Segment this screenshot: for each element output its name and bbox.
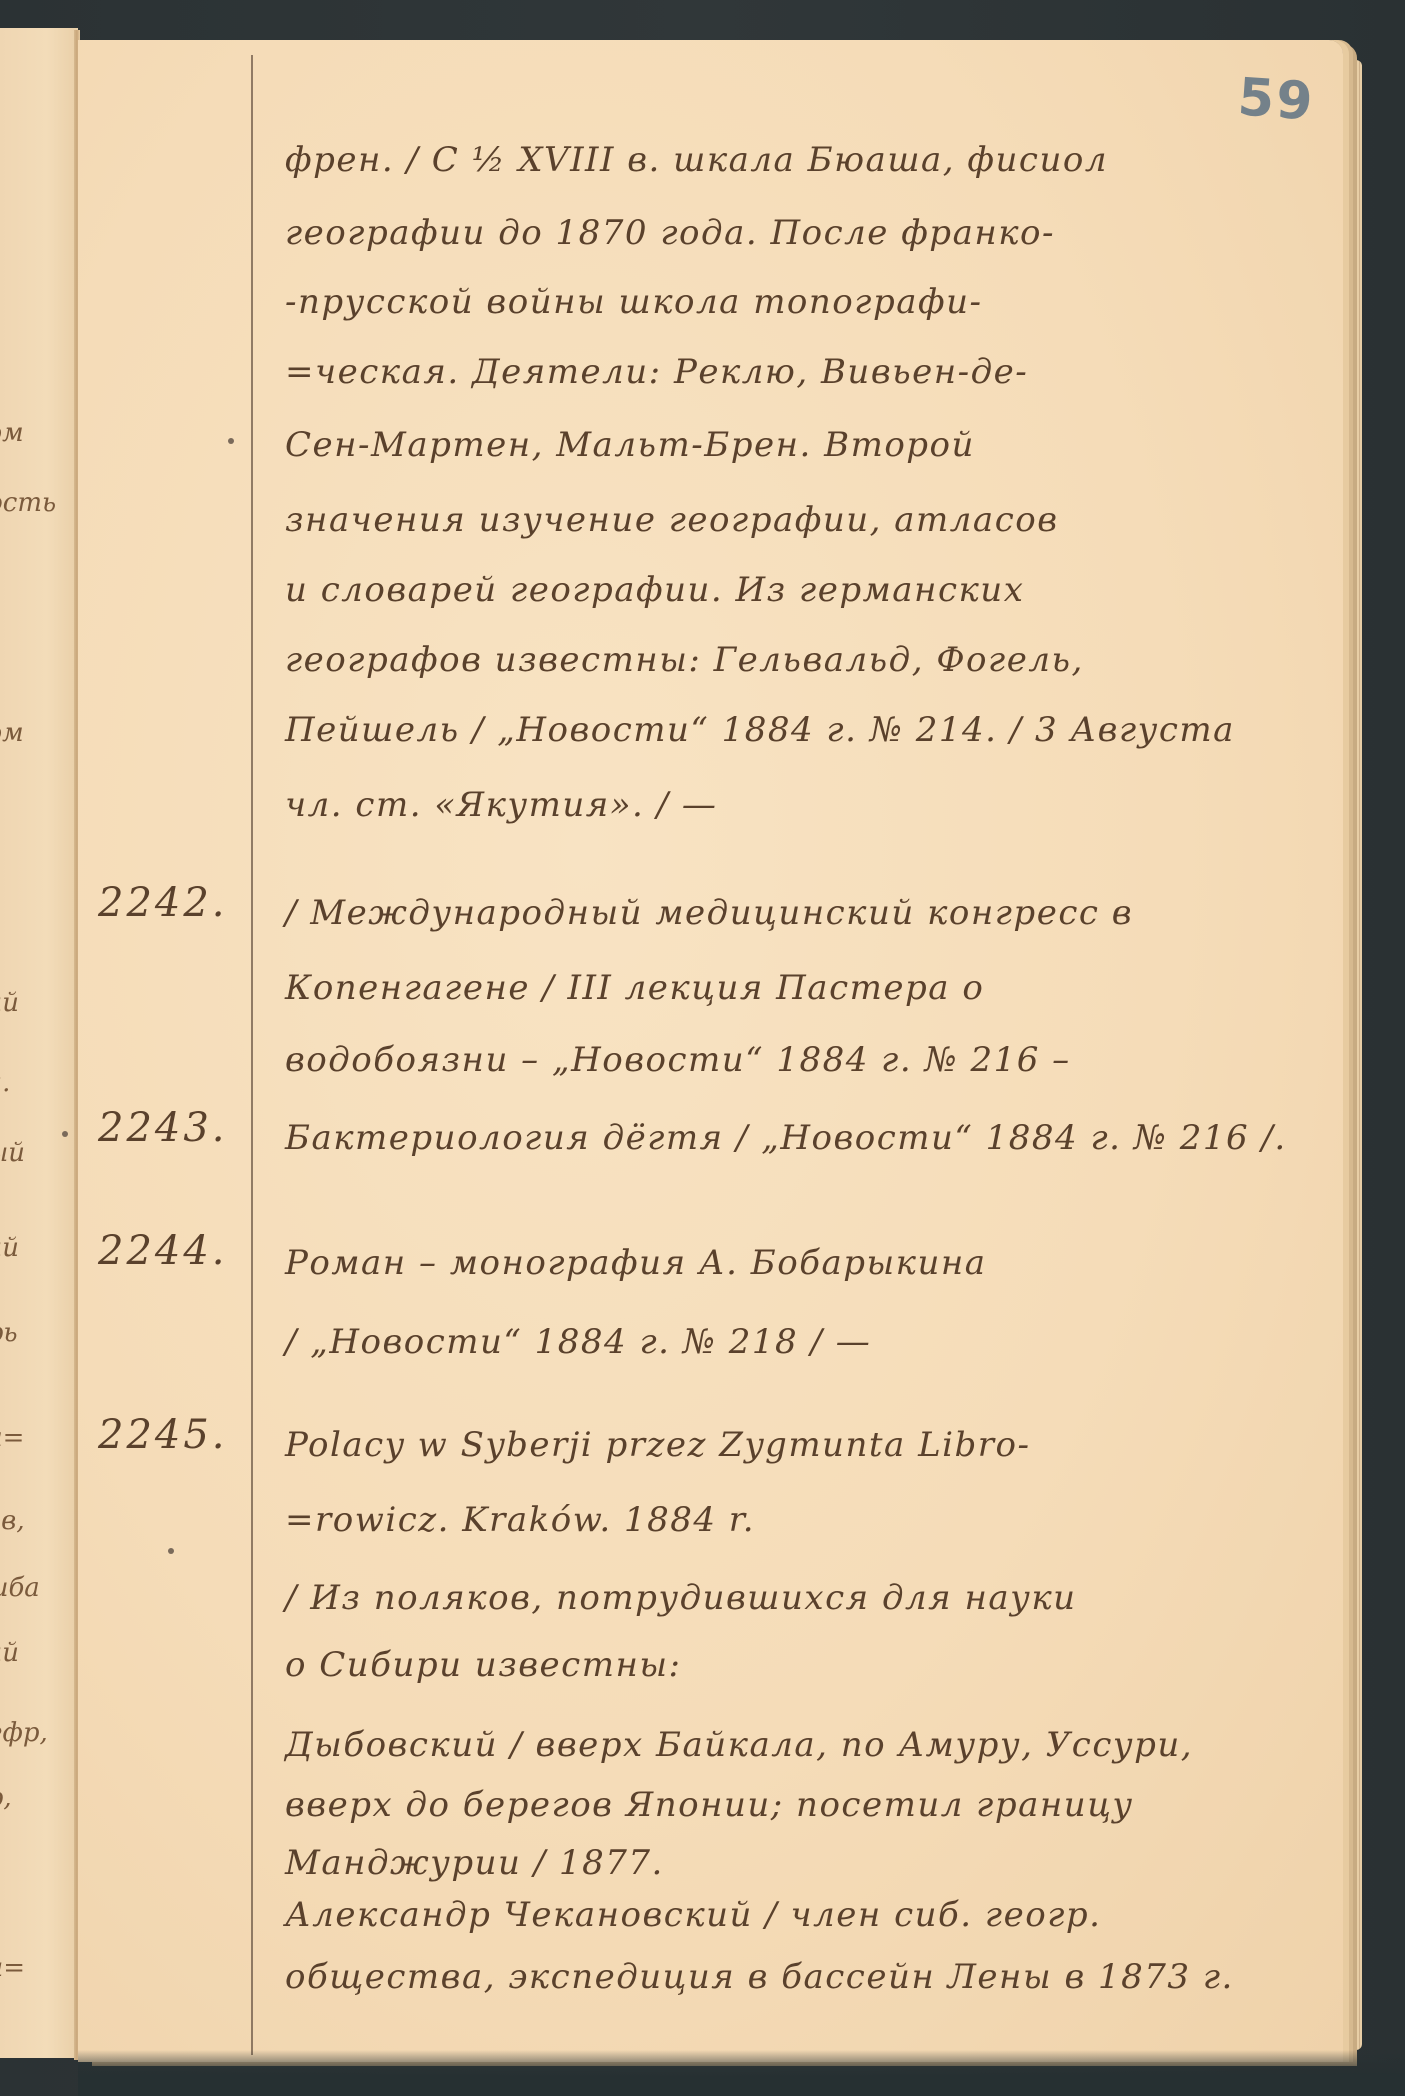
text-line: водобоязни – „Новости“ 1884 г. № 216 – <box>285 1040 1071 1080</box>
text-line: географии до 1870 года. После франко- <box>285 213 1055 253</box>
margin-mark <box>228 438 234 444</box>
text-line: / Международный медицинский конгресс в <box>285 893 1133 933</box>
left-page-fragment: и <box>0 333 48 363</box>
left-page-fragment: кий <box>0 1233 48 1263</box>
left-page-fragment: дом <box>0 718 48 748</box>
left-facing-page: и дом ность дом кий кл. ный кий ирь на= … <box>0 28 78 2058</box>
page-number: 59 <box>1236 67 1316 132</box>
text-line: / Из поляков, потрудившихся для науки <box>285 1578 1077 1618</box>
page-stack-edges <box>1340 60 1362 2050</box>
left-page-fragment: ирь <box>0 1318 48 1348</box>
left-page-fragment: дом <box>0 418 48 448</box>
left-page-fragment: ность <box>0 488 48 518</box>
left-page-fragment: S. <box>0 1868 48 1898</box>
text-line: френ. / С ½ XVIII в. шкала Бюаша, фисиол <box>285 140 1108 180</box>
text-line: Александр Чекановский / член сиб. геогр. <box>285 1895 1101 1935</box>
left-page-fragment: кий <box>0 1638 48 1668</box>
text-line: о Сибири известны: <box>285 1645 681 1685</box>
text-line: -прусской войны школа топографи- <box>285 282 983 322</box>
text-line: вверх до берегов Японии; посетил границу <box>285 1785 1134 1825</box>
text-line: =rowicz. Kraków. 1884 r. <box>285 1500 755 1540</box>
book-bottom-edge <box>78 2050 1405 2096</box>
text-line: общества, экспедиция в бассейн Лены в 18… <box>285 1957 1234 1997</box>
text-line: / „Новости“ 1884 г. № 218 / — <box>285 1322 871 1362</box>
entry-number: 2243. <box>98 1105 228 1151</box>
margin-mark <box>62 1131 68 1137</box>
text-line: и словарей географии. Из германских <box>285 570 1024 610</box>
left-page-fragment: на= <box>0 1423 48 1453</box>
left-page-fragment: ков, <box>0 1506 48 1536</box>
left-page-fragment: кий <box>0 988 48 1018</box>
margin-rule <box>251 55 253 2055</box>
left-page-fragment: ный <box>0 1138 48 1168</box>
left-page-fragment: кл. <box>0 1068 48 1098</box>
entry-number: 2242. <box>98 880 228 926</box>
text-line: географов известны: Гельвальд, Фогель, <box>285 640 1084 680</box>
text-line: Polacy w Syberji przez Zygmunta Libro- <box>285 1425 1031 1465</box>
text-line: Роман – монография А. Бобарыкина <box>285 1243 987 1283</box>
text-line: Сен-Мартен, Мальт-Брен. Второй <box>285 425 975 465</box>
text-line: Пейшель / „Новости“ 1884 г. № 214. / 3 А… <box>285 710 1235 750</box>
text-line: Бактериология дёгтя / „Новости“ 1884 г. … <box>285 1118 1287 1158</box>
left-page-fragment: нефр, <box>0 1718 48 1748</box>
margin-mark <box>168 1548 174 1554</box>
text-line: Дыбовский / вверх Байкала, по Амуру, Усс… <box>285 1725 1193 1765</box>
text-line: Манджурии / 1877. <box>285 1843 664 1883</box>
text-line: значения изучение географии, атласов <box>285 500 1059 540</box>
text-line: Копенгагене / III лекция Пастера о <box>285 968 984 1008</box>
entry-number: 2244. <box>98 1228 228 1274</box>
left-page-fragment: ли= <box>0 1953 48 1983</box>
entry-number: 2245. <box>98 1412 228 1458</box>
text-line: чл. ст. «Якутия». / — <box>285 785 717 825</box>
left-page-fragment: ир, <box>0 1783 48 1813</box>
left-page-fragment: Либа <box>0 1573 48 1603</box>
text-line: =ческая. Деятели: Реклю, Вивьен-де- <box>285 352 1028 392</box>
